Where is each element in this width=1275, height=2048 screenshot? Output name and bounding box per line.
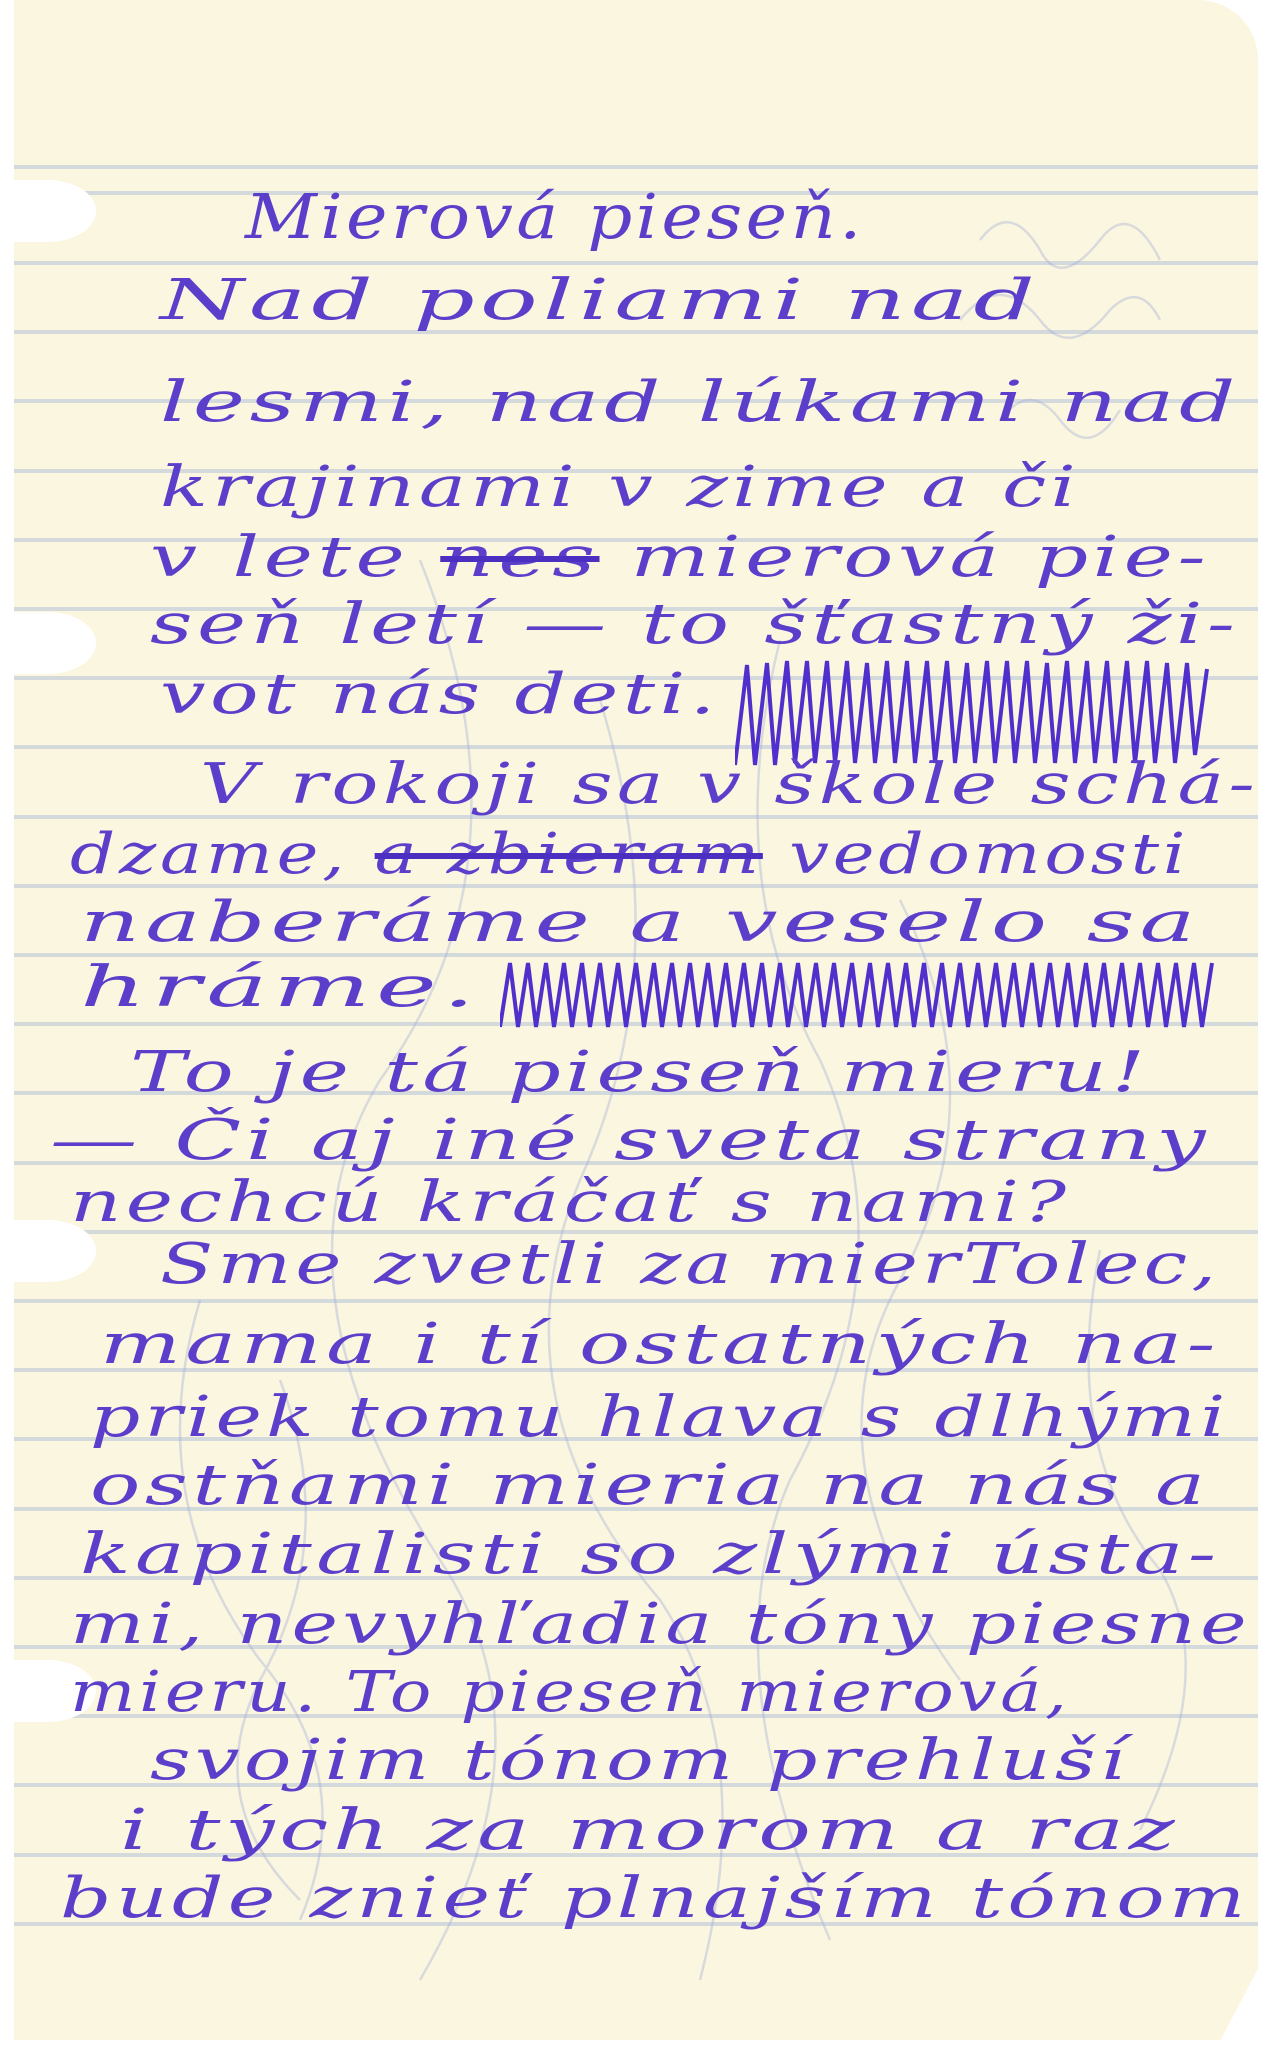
text-line-14: Sme zvetli za mierTolec,	[160, 1232, 1220, 1297]
song-title: Mierová pieseň.	[245, 180, 865, 253]
text-line-20: mieru. To pieseň mierová,	[70, 1660, 1071, 1725]
text-line-3: krajinami v zime a či	[160, 455, 1080, 520]
text-line-7: V rokoji sa v škole schá-	[200, 752, 1259, 817]
scribble-out-2	[500, 955, 1220, 1035]
text-line-1: Nad poliami nad	[160, 268, 1040, 333]
text-line-6: vot nás deti.	[160, 662, 720, 727]
text-line-8: dzame, a zbieram vedomosti	[70, 822, 1189, 887]
ruled-line	[14, 1299, 1258, 1303]
ruled-line	[14, 165, 1258, 169]
text-line-13: nechcú kráčať s nami?	[70, 1170, 1070, 1235]
text-line-12: — Či aj iné sveta strany	[50, 1108, 1210, 1173]
text-line-19: mi, nevyhľadia tóny piesne	[70, 1592, 1251, 1657]
punch-hole	[0, 612, 96, 674]
crossed-out-phrase: a zbieram	[375, 822, 763, 887]
text-line-22: i tých za morom a raz	[120, 1798, 1179, 1863]
text-line-16: priek tomu hlava s dlhými	[90, 1385, 1230, 1450]
text-line-18: kapitalisti so zlými ústa-	[80, 1522, 1221, 1587]
text-line-11: To je tá pieseň mieru!	[130, 1040, 1149, 1105]
text-line-4: v lete nes mierová pie-	[150, 525, 1210, 590]
text-line-5: seň letí — to šťastný ži-	[150, 592, 1239, 657]
crossed-out-word: nes	[440, 525, 599, 590]
text-line-10: hráme.	[80, 955, 481, 1020]
text-line-9: naberáme a veselo sa	[80, 890, 1200, 955]
text-line-17: ostňami mieria na nás a	[90, 1453, 1210, 1518]
text-line-23: bude znieť plnajším tónom	[60, 1866, 1250, 1931]
text-line-15: mama i tí ostatných na-	[100, 1312, 1220, 1377]
text-line-21: svojim tónom prehluší	[150, 1728, 1129, 1793]
punch-hole	[0, 180, 96, 242]
ruled-line	[14, 261, 1258, 265]
text-line-2: lesmi, nad lúkami nad	[160, 370, 1240, 435]
